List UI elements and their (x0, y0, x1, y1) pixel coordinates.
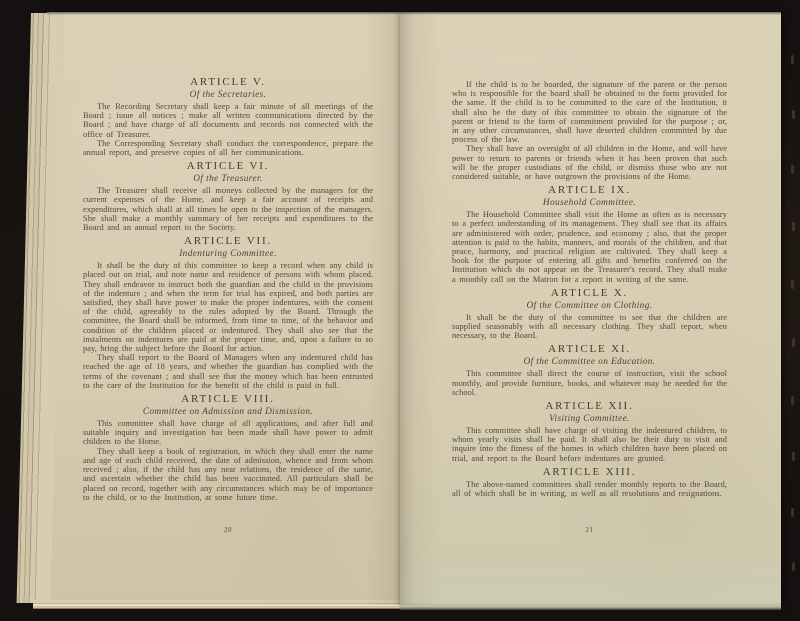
paragraph: This committee shall direct the course o… (452, 369, 727, 397)
article-subheading: Committee on Admission and Dismission. (83, 407, 373, 417)
article-heading: ARTICLE V. (83, 77, 373, 88)
paragraph: The Household Committee shall visit the … (452, 210, 727, 284)
article-subheading: Of the Committee on Clothing. (452, 301, 727, 311)
article-subheading: Of the Treasurer. (83, 174, 373, 184)
paragraph: If the child is to be boarded, the signa… (452, 80, 727, 144)
paragraph: The Corresponding Secretary shall conduc… (83, 139, 373, 157)
binding-stitch-icon (791, 165, 794, 174)
page-number-right: 21 (452, 526, 727, 534)
binding-stitch-icon (792, 562, 795, 571)
binding-stitch-icon (792, 338, 795, 347)
article-heading: ARTICLE VIII. (83, 394, 373, 405)
binding-stitch-icon (792, 110, 795, 119)
page-top-shadow (47, 12, 783, 15)
article-subheading: Of the Secretaries. (83, 90, 373, 100)
article-subheading: Household Committee. (452, 198, 727, 208)
article-heading: ARTICLE XIII. (452, 467, 727, 478)
article-heading: ARTICLE VII. (83, 236, 373, 247)
page-right-text-block: If the child is to be boarded, the signa… (452, 80, 727, 498)
open-book: ARTICLE V.Of the Secretaries.The Recordi… (47, 12, 783, 605)
binding-stitch-icon (791, 55, 794, 64)
paragraph: They shall have an oversight of all chil… (452, 144, 727, 181)
paragraph: They shall report to the Board of Manage… (83, 353, 373, 390)
paragraph: They shall keep a book of registration, … (83, 447, 373, 502)
binding-stitch-icon (792, 452, 795, 461)
page-left-text-block: ARTICLE V.Of the Secretaries.The Recordi… (83, 73, 373, 502)
page-bottom-edge-stack (33, 600, 403, 609)
paragraph: It shall be the duty of this committee t… (83, 261, 373, 353)
article-heading: ARTICLE X. (452, 288, 727, 299)
article-subheading: Of the Committee on Education. (452, 357, 727, 367)
article-heading: ARTICLE XI. (452, 344, 727, 355)
article-heading: ARTICLE VI. (83, 161, 373, 172)
paragraph: It shall be the duty of the committee to… (452, 313, 727, 341)
page-number-left: 20 (83, 526, 373, 534)
binding-stitch-icon (791, 280, 794, 289)
binding-stitch-icon (791, 396, 794, 405)
article-subheading: Visiting Committee. (452, 414, 727, 424)
paragraph: The Recording Secretary shall keep a fai… (83, 102, 373, 139)
paragraph: This committee shall have charge of all … (83, 419, 373, 447)
paragraph: The Treasurer shall receive all moneys c… (83, 186, 373, 232)
article-heading: ARTICLE XII. (452, 401, 727, 412)
article-subheading: Indenturing Committee. (83, 249, 373, 259)
book-scan-photo: ARTICLE V.Of the Secretaries.The Recordi… (0, 0, 800, 621)
paragraph: The above-named committees shall render … (452, 480, 727, 498)
under-page-edge (400, 603, 781, 610)
page-fore-edge-stack (17, 13, 65, 603)
binding-stitch-icon (791, 508, 794, 517)
paragraph: This committee shall have charge of visi… (452, 426, 727, 463)
binding-stitch-icon (792, 222, 795, 231)
article-heading: ARTICLE IX. (452, 185, 727, 196)
